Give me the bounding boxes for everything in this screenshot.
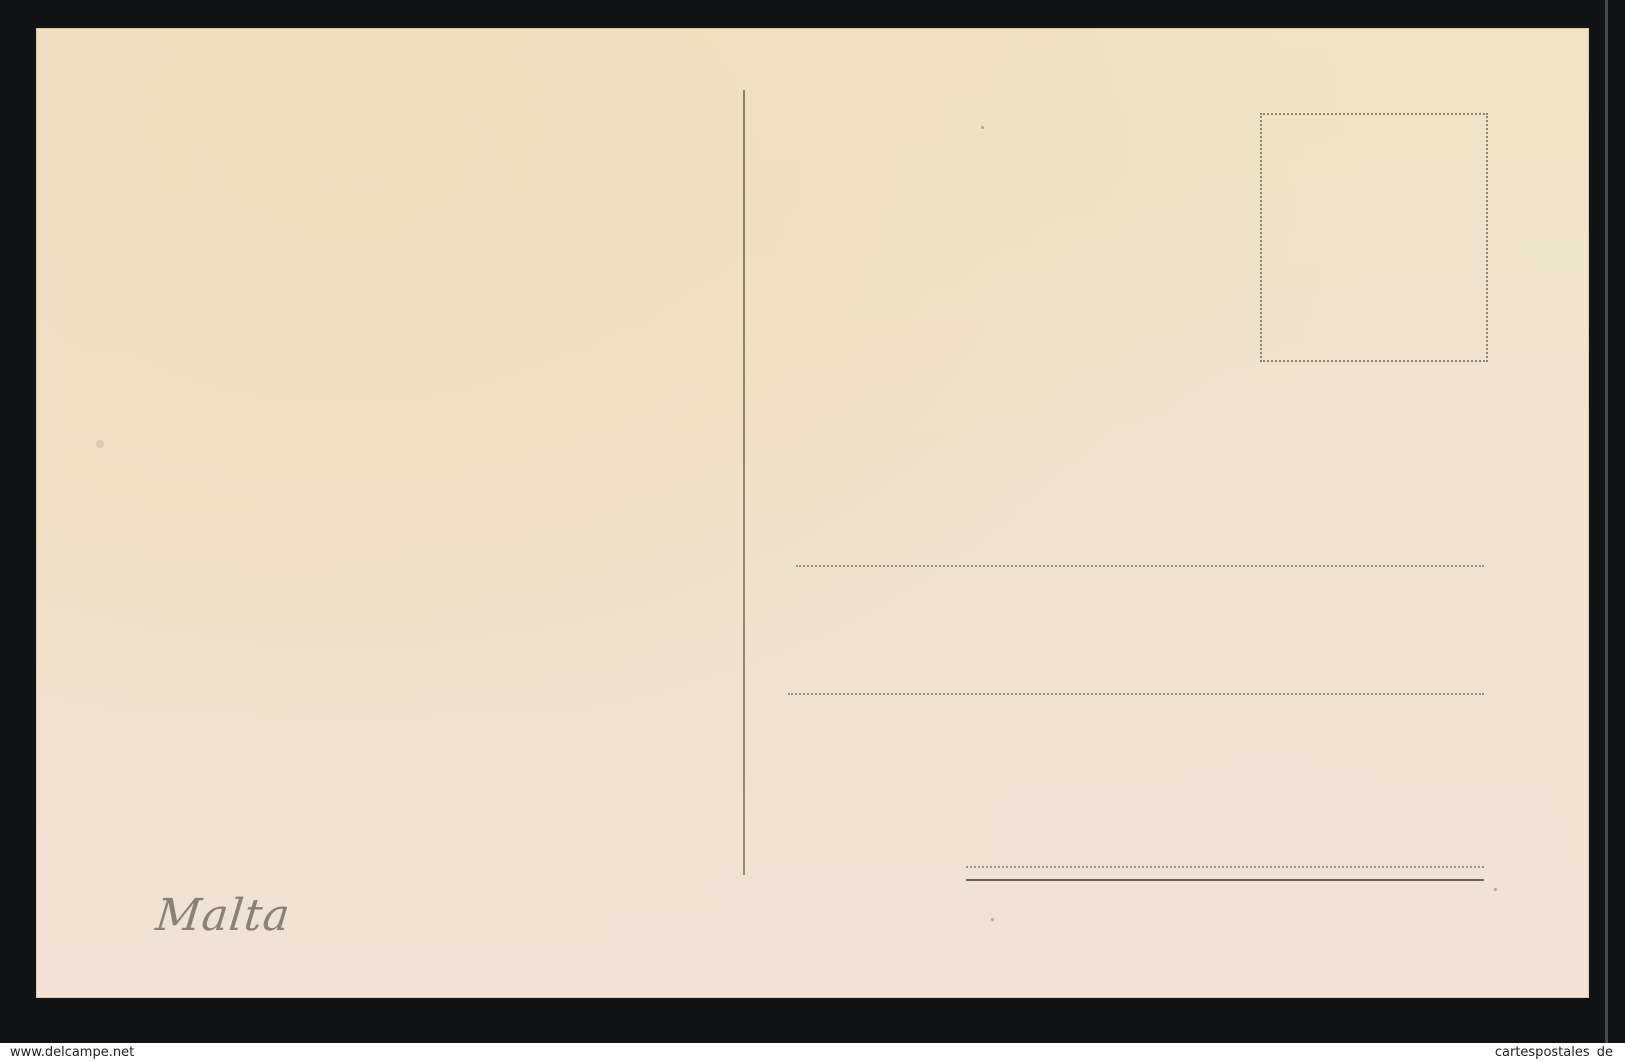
watermark-left: www.delcampe.net	[10, 1043, 134, 1062]
paper-speck	[1494, 888, 1497, 891]
address-line-1	[796, 565, 1484, 567]
scanner-edge-line	[1605, 0, 1608, 1043]
paper-speck	[981, 126, 984, 129]
postcard: Malta	[36, 28, 1589, 998]
watermark-strip	[0, 1043, 1625, 1062]
message-address-divider	[743, 90, 745, 875]
address-line-3	[966, 866, 1484, 868]
watermark-right: cartespostales de	[1495, 1043, 1613, 1062]
paper-stain	[96, 440, 104, 448]
address-underline	[966, 879, 1484, 881]
address-line-2	[788, 693, 1484, 695]
handwritten-note: Malta	[153, 890, 293, 941]
paper-speck	[991, 918, 994, 921]
stamp-box	[1260, 113, 1488, 362]
